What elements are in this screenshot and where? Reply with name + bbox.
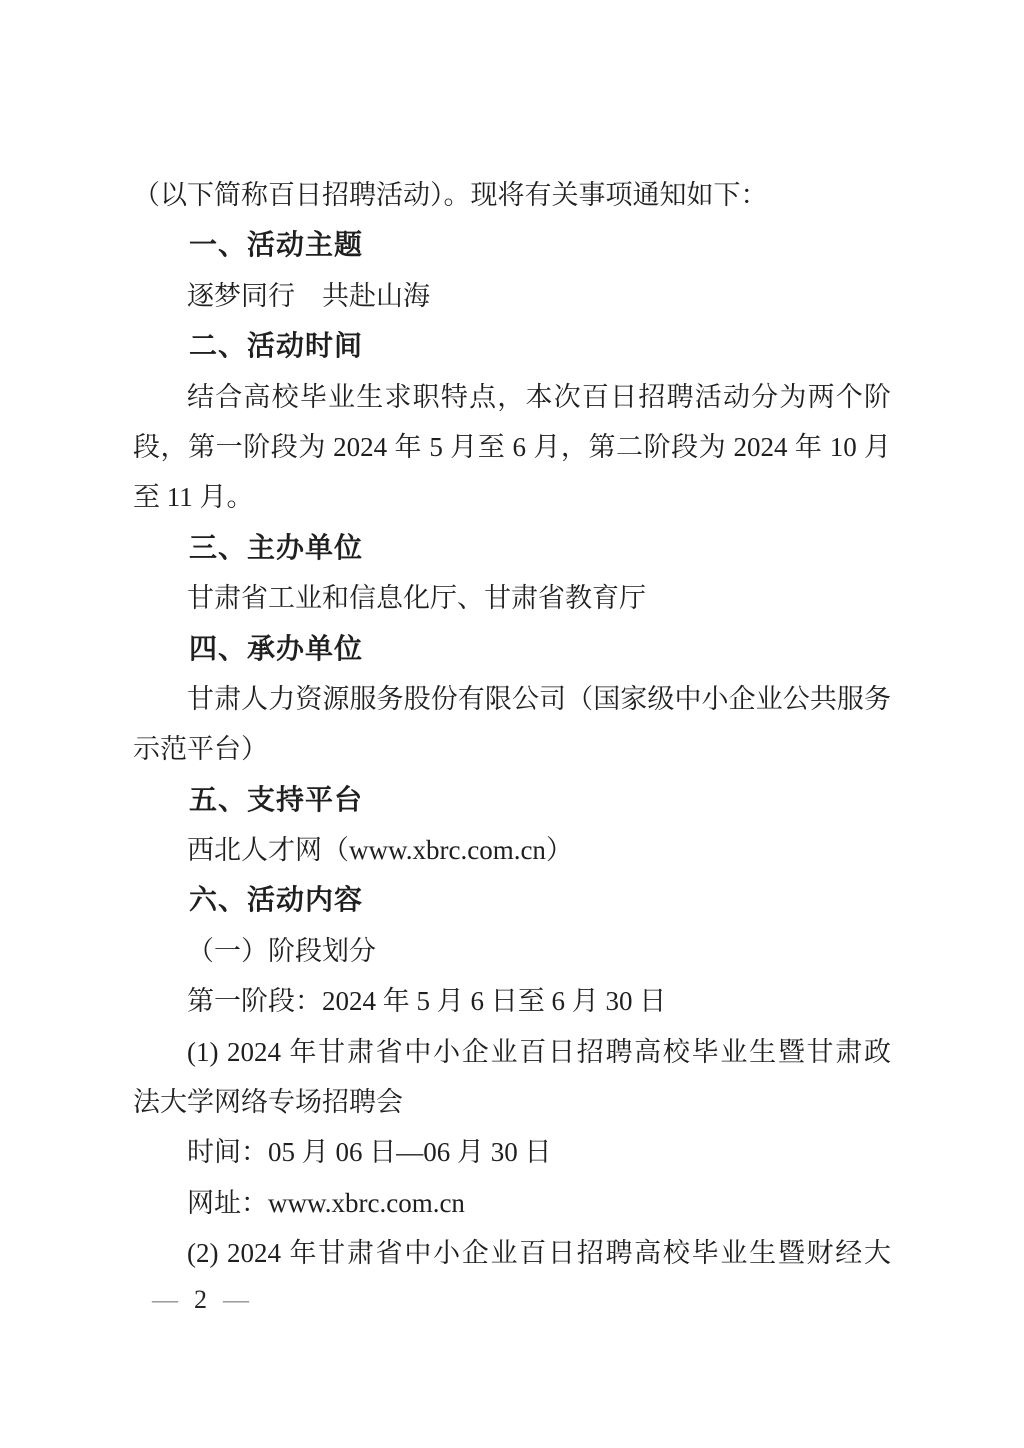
subheading-phase-division: （一）阶段划分 [133,926,891,976]
document-body: （以下简称百日招聘活动）。现将有关事项通知如下： 一、活动主题 逐梦同行 共赴山… [133,170,891,1279]
event-1-title-line-2: 法大学网络专场招聘会 [133,1077,891,1127]
activity-time-line-1: 结合高校毕业生求职特点，本次百日招聘活动分为两个阶 [133,372,891,422]
support-platform-line: 西北人才网（www.xbrc.com.cn） [133,825,891,875]
intro-continuation-line: （以下简称百日招聘活动）。现将有关事项通知如下： [133,170,891,220]
heading-activity-time: 二、活动时间 [133,321,891,371]
heading-undertaking-organizer: 四、承办单位 [133,624,891,674]
heading-host-organizer: 三、主办单位 [133,523,891,573]
event-2-title-line-1: (2) 2024 年甘肃省中小企业百日招聘高校毕业生暨财经大 [133,1228,891,1278]
event-1-time-line: 时间：05 月 06 日—06 月 30 日 [133,1127,891,1177]
page-number-value: 2 [194,1285,207,1314]
host-organizer-line: 甘肃省工业和信息化厅、甘肃省教育厅 [133,573,891,623]
activity-theme-line: 逐梦同行 共赴山海 [133,271,891,321]
undertaking-organizer-line-2: 示范平台） [133,724,891,774]
document-page: （以下简称百日招聘活动）。现将有关事项通知如下： 一、活动主题 逐梦同行 共赴山… [0,0,1024,1448]
event-1-title-line-1: (1) 2024 年甘肃省中小企业百日招聘高校毕业生暨甘肃政 [133,1027,891,1077]
heading-support-platform: 五、支持平台 [133,775,891,825]
heading-activity-content: 六、活动内容 [133,875,891,925]
activity-time-line-2: 段，第一阶段为 2024 年 5 月至 6 月，第二阶段为 2024 年 10 … [133,422,891,472]
undertaking-organizer-line-1: 甘肃人力资源服务股份有限公司（国家级中小企业公共服务 [133,674,891,724]
page-number: —2— [152,1283,249,1317]
event-1-website-line: 网址：www.xbrc.com.cn [133,1178,891,1228]
phase-one-date-line: 第一阶段：2024 年 5 月 6 日至 6 月 30 日 [133,976,891,1026]
page-number-dash-right: — [223,1285,249,1314]
heading-activity-theme: 一、活动主题 [133,220,891,270]
activity-time-line-3: 至 11 月。 [133,472,891,522]
page-number-dash-left: — [152,1285,178,1314]
